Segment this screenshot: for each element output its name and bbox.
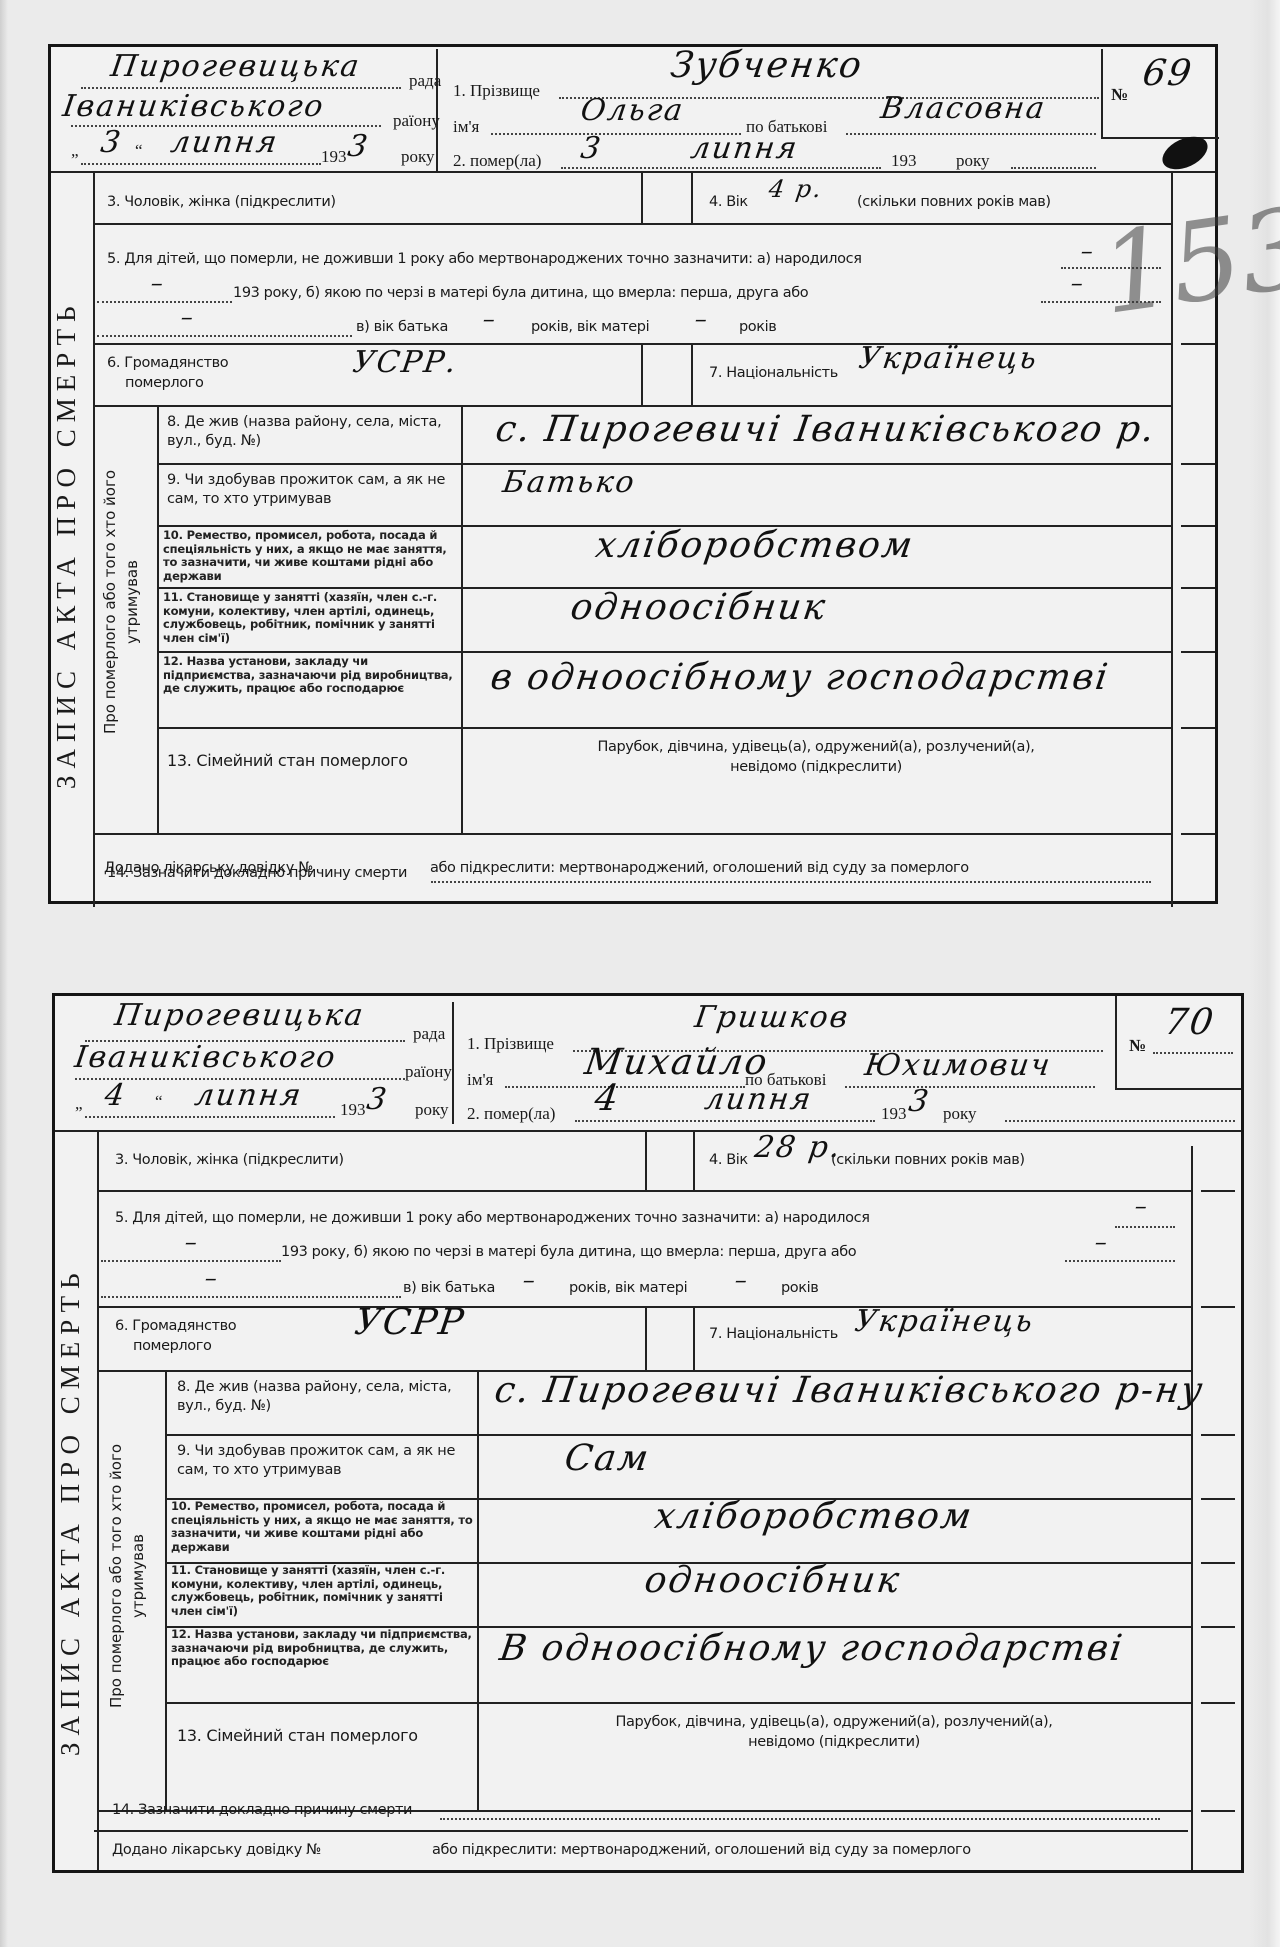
row-divider (93, 223, 1171, 225)
page-edge (0, 0, 8, 1947)
death-month: липня (703, 1082, 815, 1117)
row-divider (157, 463, 1171, 465)
margin-tick (1201, 1562, 1235, 1564)
q5-line3b: років, вік матері (531, 319, 649, 335)
footer-label: Додано лікарську довідку № (104, 860, 313, 876)
margin-note: 153 (1093, 183, 1280, 339)
margin-divider (1191, 1146, 1193, 1870)
divider (165, 1370, 167, 1810)
reg-year-suffix: 3 (346, 129, 372, 164)
reg-year-prefix: 193 (321, 147, 347, 167)
q5-line1: 5. Для дітей, що померли, не доживши 1 р… (115, 1210, 870, 1226)
q13-label: 13. Сімейний стан померлого (167, 751, 457, 770)
row-divider (97, 1190, 1191, 1192)
q12-label: 12. Назва установи, закладу чи підприємс… (171, 1628, 475, 1669)
margin-tick (1201, 1498, 1235, 1500)
margin-tick (1201, 1190, 1235, 1192)
roku-label: року (943, 1104, 977, 1124)
dotted-line (575, 1120, 875, 1122)
surname-label: 1. Прізвище (467, 1034, 554, 1054)
q12-label: 12. Назва установи, закладу чи підприємс… (163, 655, 459, 696)
residence-value: с. Пирогевичі Іваниківського р-ну (492, 1370, 1207, 1411)
q5-father-age: – (521, 1266, 539, 1294)
sidebar-subtitle-line1: Про померлого або того хто його (99, 417, 121, 787)
q5-year-value: – (149, 269, 167, 297)
rada-value: Пирогевицька (109, 49, 363, 84)
occupation-status-value: одноосібник (568, 587, 829, 628)
death-month: липня (689, 131, 801, 166)
death-record-form-69: Пирогевицька рада Іваниківського раїону … (48, 44, 1218, 904)
rayon-label: раїону (405, 1062, 452, 1082)
q7-label: 7. Національність (709, 365, 838, 381)
margin-tick (1181, 833, 1215, 835)
patronymic-value: Юхимович (863, 1048, 1054, 1083)
workplace-value: в одноосібному господарстві (488, 657, 1112, 698)
reg-day: 4 (103, 1078, 129, 1113)
margin-tick (1201, 1306, 1235, 1308)
margin-tick (1181, 463, 1215, 465)
q4-suffix: (скільки повних років мав) (857, 194, 1051, 210)
dotted-line (101, 1260, 281, 1262)
occupation-value: хліборобством (652, 1496, 976, 1537)
q4-label: 4. Вік (709, 194, 748, 210)
q6-label: 6. Громадянство (107, 355, 228, 371)
reg-month: липня (193, 1078, 305, 1113)
q4-label: 4. Вік (709, 1152, 748, 1168)
age-value: 4 р. (767, 175, 825, 203)
reg-year-prefix: 193 (340, 1100, 366, 1120)
q14-label: 14. Зазначити докладно причину смерти (112, 1802, 412, 1818)
record-number: 70 (1162, 1002, 1218, 1043)
q5-mother-age: – (693, 305, 711, 333)
dotted-line (97, 335, 352, 337)
q3-label[interactable]: 3. Чоловік, жінка (підкреслити) (107, 194, 336, 210)
q5-born-value: – (1133, 1192, 1151, 1220)
q11-label: 11. Становище у занятті (хазяїн, член с.… (171, 1564, 475, 1618)
divider (641, 343, 643, 405)
q6-label-2: померлого (125, 375, 203, 391)
rayon-value: Іваниківського (61, 89, 328, 124)
margin-tick (1201, 1810, 1235, 1812)
citizenship-value: УСРР. (351, 345, 460, 380)
q5-line1: 5. Для дітей, що померли, не доживши 1 р… (107, 251, 862, 267)
q10-label: 10. Ремество, промисел, робота, посада й… (163, 529, 459, 583)
name-label: ім'я (453, 117, 479, 137)
roku-label: року (956, 151, 990, 171)
row-divider (165, 1702, 1191, 1704)
sidebar-divider (97, 1130, 99, 1870)
q13-options-2: невідомо (підкреслити) (477, 1734, 1191, 1750)
rayon-value: Іваниківського (73, 1040, 340, 1075)
name-label: ім'я (467, 1070, 493, 1090)
divider (645, 1306, 647, 1370)
reg-year-suffix: 3 (365, 1082, 391, 1117)
surname-value: Зубченко (668, 45, 866, 86)
supported-by-value: Сам (562, 1438, 653, 1479)
q5-order-cont: – (179, 303, 197, 331)
q10-label: 10. Ремество, промисел, робота, посада й… (171, 1500, 475, 1554)
died-label: 2. помер(ла) (453, 151, 541, 171)
dotted-line (1065, 1260, 1175, 1262)
q13-label: 13. Сімейний стан померлого (177, 1726, 473, 1745)
q4-suffix: (скільки повних років мав) (831, 1152, 1025, 1168)
row-divider (157, 727, 1171, 729)
patronymic-value: Власовна (879, 91, 1049, 126)
number-label: № (1111, 85, 1128, 105)
death-record-form-70: Пирогевицька рада Іваниківського раїону … (52, 993, 1244, 1873)
death-day: 4 (592, 1078, 623, 1119)
dotted-line (431, 881, 1151, 883)
q5-order-value: – (1069, 269, 1087, 297)
q11-label: 11. Становище у занятті (хазяїн, член с.… (163, 591, 459, 645)
dotted-line (561, 167, 881, 169)
dotted-line (440, 1818, 1160, 1820)
margin-tick (1181, 343, 1215, 345)
reg-month: липня (169, 125, 281, 160)
sidebar-subtitle: Про померлого або того хто його утримува… (105, 1386, 149, 1766)
q5-order-cont: – (203, 1264, 221, 1292)
sidebar-subtitle-line2: утримував (127, 1386, 149, 1766)
occupation-status-value: одноосібник (642, 1560, 903, 1601)
q6-label: 6. Громадянство (115, 1318, 236, 1334)
dotted-line (1011, 167, 1096, 169)
death-year-prefix: 193 (881, 1104, 907, 1124)
divider (693, 1130, 695, 1190)
footer-b: або підкреслити: мертвонароджений, оголо… (432, 1842, 971, 1858)
margin-tick (1201, 1434, 1235, 1436)
q13-options-2: невідомо (підкреслити) (461, 759, 1171, 775)
sidebar-title: ЗАПИС АКТА ПРО СМЕРТЬ (55, 1266, 86, 1756)
q5-line2: 193 року, б) якою по черзі в матері була… (233, 285, 808, 301)
q5-line3b: років, вік матері (569, 1280, 687, 1296)
q5-year-value: – (183, 1228, 201, 1256)
dotted-line (1153, 1052, 1233, 1054)
divider (452, 1002, 454, 1124)
divider (641, 171, 643, 223)
divider (645, 1130, 647, 1190)
q5-line3c: років (739, 319, 776, 335)
row-divider (157, 651, 1171, 653)
q5-born-value: – (1079, 237, 1097, 265)
dotted-line (101, 1296, 401, 1298)
rada-label: рада (413, 1024, 445, 1044)
record-number: 69 (1140, 53, 1196, 94)
divider (1115, 996, 1117, 1088)
margin-tick (1181, 727, 1215, 729)
q13-options[interactable]: Парубок, дівчина, удівець(а), одружений(… (461, 739, 1171, 755)
divider (1115, 1088, 1241, 1090)
citizenship-value: УСРР (352, 1302, 468, 1343)
death-day: 3 (579, 131, 605, 166)
q9-label: 9. Чи здобував прожиток сам, а як не сам… (167, 471, 457, 509)
divider (157, 405, 159, 833)
workplace-value: В одноосібному господарстві (497, 1628, 1126, 1669)
sidebar-subtitle-line1: Про померлого або того хто його (105, 1386, 127, 1766)
q6-label-2: померлого (133, 1338, 211, 1354)
dotted-line (1005, 1120, 1235, 1122)
dotted-line (1115, 1226, 1175, 1228)
sidebar-subtitle: Про померлого або того хто його утримува… (99, 417, 143, 787)
death-year-prefix: 193 (891, 151, 917, 171)
died-label: 2. помер(ла) (467, 1104, 555, 1124)
divider (1101, 49, 1103, 139)
name-value: Михайло (582, 1042, 771, 1083)
dotted-line (81, 163, 321, 165)
supported-by-value: Батько (501, 465, 639, 500)
rada-value: Пирогевицька (113, 998, 367, 1033)
row-divider (93, 833, 1171, 835)
roku-label: року (401, 147, 435, 167)
divider (691, 171, 693, 223)
row-divider (165, 1434, 1191, 1436)
q5-mother-age: – (733, 1266, 751, 1294)
q5-father-age: – (481, 305, 499, 333)
sidebar-divider (93, 171, 95, 907)
rayon-label: раїону (393, 111, 440, 131)
nationality-value: Українець (853, 1304, 1037, 1339)
header-divider (55, 1130, 1241, 1132)
death-year-suffix: 3 (907, 1084, 933, 1119)
name-value: Ольга (579, 93, 687, 128)
reg-day: 3 (99, 125, 125, 160)
sidebar-title: ЗАПИС АКТА ПРО СМЕРТЬ (51, 299, 82, 789)
q5-line3c: років (781, 1280, 818, 1296)
number-label: № (1129, 1036, 1146, 1056)
residence-value: с. Пирогевичі Іваниківського р. (493, 409, 1158, 450)
margin-tick (1181, 525, 1215, 527)
roku-label: року (415, 1100, 449, 1120)
q5-line2: 193 року, б) якою по черзі в матері була… (281, 1244, 856, 1260)
nationality-value: Українець (857, 341, 1041, 376)
sidebar-subtitle-line2: утримував (121, 417, 143, 787)
row-divider (94, 1830, 1188, 1832)
quote-close: “ (135, 141, 143, 161)
quote-open: „ (75, 1094, 83, 1114)
quote-open: „ (71, 141, 79, 161)
q9-label: 9. Чи здобував прожиток сам, а як не сам… (177, 1442, 473, 1480)
q13-options[interactable]: Парубок, дівчина, удівець(а), одружений(… (477, 1714, 1191, 1730)
divider (693, 1306, 695, 1370)
row-divider (93, 405, 1171, 407)
margin-tick (1201, 1702, 1235, 1704)
header-divider (51, 171, 1215, 173)
q8-label: 8. Де жив (назва району, села, міста, ву… (177, 1378, 473, 1416)
quote-close: “ (155, 1092, 163, 1112)
q5-line3a: в) вік батька (403, 1280, 495, 1296)
margin-tick (1181, 587, 1215, 589)
dotted-line (846, 133, 1096, 135)
divider (691, 343, 693, 405)
occupation-value: хліборобством (593, 525, 917, 566)
dotted-line (85, 1116, 335, 1118)
q8-label: 8. Де жив (назва району, села, міста, ву… (167, 413, 457, 451)
margin-tick (1181, 651, 1215, 653)
q5-line3a: в) вік батька (356, 319, 448, 335)
q7-label: 7. Національність (709, 1326, 838, 1342)
footer-b: або підкреслити: мертвонароджений, оголо… (430, 860, 969, 876)
footer-label: Додано лікарську довідку № (112, 1842, 321, 1858)
dotted-line (845, 1086, 1095, 1088)
surname-value: Гришков (693, 1000, 852, 1035)
q5-order-value: – (1093, 1228, 1111, 1256)
dotted-line (97, 301, 232, 303)
margin-tick (1201, 1626, 1235, 1628)
surname-label: 1. Прізвище (453, 81, 540, 101)
q3-label[interactable]: 3. Чоловік, жінка (підкреслити) (115, 1152, 344, 1168)
divider (436, 49, 438, 171)
